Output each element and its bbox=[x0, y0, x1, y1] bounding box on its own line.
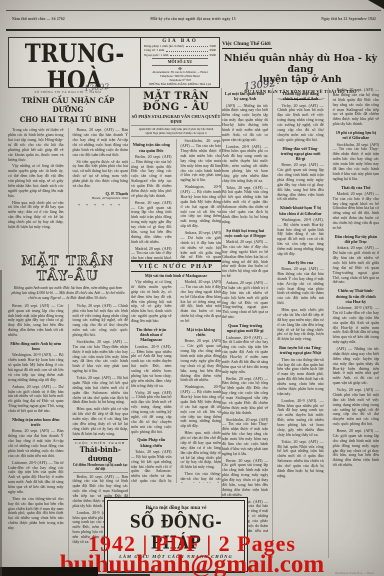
body-paragraph: Tokio, 20 sept. (AFI) — Bộ hải quân Nhật… bbox=[222, 186, 268, 225]
text-column: Berne, 20 sept. (AFI) — Các giới quan sá… bbox=[8, 304, 64, 566]
masthead-rule bbox=[6, 29, 381, 31]
body-paragraph: Theo tin của thông-tấn-xã cho hay thì cá… bbox=[277, 358, 323, 397]
body-paragraph: Berlin, 20 sept. (AFI) — Bản thông cáo c… bbox=[222, 377, 268, 416]
body-paragraph: Ankara, 20 sept. (AFI) — Dư luận các giớ… bbox=[8, 385, 64, 414]
text-column: Vậy những ai có lòng từ thiện muốn quyên… bbox=[131, 280, 172, 483]
section-kicker: CUỘC CHIẾN TRANH bbox=[73, 439, 129, 445]
article-columns: Trong các công việc từ thiện về phần các… bbox=[8, 128, 128, 254]
newspaper-title: TRUNG-HOÀ bbox=[9, 40, 141, 87]
text-column: Thành lập một đảng chính trị mới ở AnhVi… bbox=[272, 88, 323, 558]
article-lead-in: Quan Tổng-trưởng ngoại giao mới Bồ-gì bbox=[223, 323, 267, 334]
body-paragraph: Tokio, 20 sept. (AFI) — Bộ hải quân Nhật… bbox=[277, 440, 323, 479]
article-lead-in: Khinh-khoái-hạm Ý bị bắn chìm ở ải Gibra… bbox=[278, 205, 322, 216]
body-paragraph: Lisbonne, 20-9 (AFI). — Tin từ Luân-đôn … bbox=[222, 336, 268, 375]
article-lead-in: Bản tuyên bố của Tổng-trưởng ngoại giao … bbox=[278, 345, 322, 356]
body-paragraph: Stockholm, 20 sept. (AFI) — Tin của các … bbox=[73, 340, 129, 374]
folio-issue: Năm thứ mười chín — Số 2762 bbox=[12, 17, 65, 21]
france-news-article: VIỆC NƯỚC PHÁP Một vài tin tình hình ở M… bbox=[131, 260, 221, 483]
price-label: Ngoại quốc: 1 năm bbox=[144, 53, 168, 57]
article-signature-date: Hanoi, 20 Septembre 1942 bbox=[73, 196, 129, 200]
body-paragraph: Vichy, 20 sept. (AFI) — Chính phủ vừa ba… bbox=[277, 104, 323, 143]
body-paragraph: Stockholm, 20 sept. (AFI) — Tin của các … bbox=[222, 418, 268, 457]
article-lead-in: Chiến sự Thái-bình-dương là vấn đề chính… bbox=[334, 288, 378, 304]
masthead-box: TRUNG-HOÀ «GIỮ ĐỨC ÁI NHÂN, NOI THEO CHÂ… bbox=[8, 37, 220, 88]
price-row: Ngoại quốc: 1 năm 9$00 bbox=[144, 53, 216, 57]
body-paragraph: London, 20-9 (AFI). — Đêm hôm qua nhiều … bbox=[277, 399, 323, 438]
body-paragraph: Theo tin của thông-tấn-xã cho hay thì cá… bbox=[181, 472, 222, 483]
article-headline: MẶT TRẬN TÂY-ÂU bbox=[8, 254, 128, 284]
folio-date: Ngày thứ ba 22 Septembre 1942 bbox=[321, 17, 376, 21]
article-subhead: Một vài tin tình hình ở Madagascar bbox=[131, 273, 221, 278]
body-paragraph: Hôm qua, một chiếc phi cơ vận tải lớn ch… bbox=[277, 308, 323, 342]
article-deck: Quân Đức đã chiếm được mấy khu phố ở phí… bbox=[131, 125, 221, 137]
body-paragraph: Hôm qua, một chiếc phi cơ vận tải lớn ch… bbox=[73, 407, 129, 436]
article-lead-in: Thái độ của Thổ bbox=[334, 185, 378, 190]
article-lead-in: Mặt trận không chiến bbox=[182, 327, 221, 338]
lead-headline-line1: Nhiều quân nhảy dù Hoa - kỳ đang bbox=[222, 54, 379, 75]
scan-artifact-left-edge bbox=[0, 270, 2, 576]
article-lead-in: Dân chúng Ba-tây phản đối phe Trục bbox=[334, 234, 378, 245]
article-lead-in: Hồng-đào với Tổng-trưởng ngoại giao mới … bbox=[278, 146, 322, 162]
scan-artifact-corner bbox=[368, 0, 384, 9]
body-paragraph: London, 20-9 (AFI). — Đêm hôm qua nhiều … bbox=[222, 145, 268, 184]
article-lead-in: 19 phi cơ phóng lựu bị rơi ở Gibraltar bbox=[334, 130, 378, 141]
dot-leader bbox=[186, 44, 208, 47]
body-paragraph: Berne, 20 sept. (AFI) — Các giới quan sá… bbox=[333, 429, 379, 468]
dot-leader bbox=[170, 53, 207, 56]
text-column: Madrid, 20 sept. (AFI) — Tin của các báo… bbox=[176, 280, 222, 483]
price-value: 9$00 bbox=[210, 53, 216, 57]
text-column: Những trận tấn công của quân ĐứcBerlin, … bbox=[131, 139, 172, 259]
article-columns: Lại một lần quân Hoa-kỳ sang Anh(AFI) — … bbox=[222, 88, 379, 558]
deck-line: Quân Nga phản công kịch liệt ở khắp các … bbox=[131, 131, 221, 135]
article-headline: TRÌNH CẦU NHẬN CẤP DƯỠNG CHO HAI TRẠI TÙ… bbox=[8, 96, 128, 124]
body-paragraph: Washington, 20-9 (AFI). — Bộ chiến tranh… bbox=[8, 353, 64, 382]
body-paragraph: Roma, 20 sept. (AFI) — Bản thông cáo của… bbox=[73, 128, 129, 157]
body-paragraph: London, 20-9 (AFI). — Đêm hôm qua nhiều … bbox=[131, 345, 172, 389]
body-paragraph: Tokio, 20 sept. (AFI) — Bộ hải quân Nhật… bbox=[73, 376, 129, 405]
body-paragraph: Theo tin của thông-tấn-xã cho hay thì cá… bbox=[8, 497, 64, 531]
article-subhead: SỐ PHẬN STALINGRAD VẪN CHƯA QUYẾT ĐỊNH bbox=[131, 114, 221, 124]
body-paragraph: Hôm qua, một chiếc phi cơ vận tải lớn ch… bbox=[8, 201, 64, 230]
section-kicker: Việc Chung Thế Giới bbox=[222, 41, 272, 49]
body-paragraph: (AFI) — Những tin tức nhận được sáng nay… bbox=[222, 104, 268, 143]
masthead: TRUNG-HOÀ «GIỮ ĐỨC ÁI NHÂN, NOI THEO CHÂ… bbox=[9, 38, 141, 87]
eastern-front-article: MẶT TRẬN ĐÔNG - ÂU SỐ PHẬN STALINGRAD VẪ… bbox=[131, 91, 221, 259]
article-subhead: Cứ điểm Henderson tại bị oanh tạc dữ dội bbox=[73, 463, 129, 473]
top-rule bbox=[6, 10, 381, 11]
article-lead-in: Những trận tấn công của quân Đức bbox=[132, 142, 171, 153]
body-paragraph: Stockholm, 20 sept. (AFI) — Tin của các … bbox=[181, 139, 222, 183]
body-paragraph: Roma, 20 sept. (AFI) — Bản thông cáo của… bbox=[8, 429, 64, 458]
article-columns: Vậy những ai có lòng từ thiện muốn quyên… bbox=[131, 280, 221, 483]
article-headline-line2: CHO HAI TRẠI TÙ BINH bbox=[8, 115, 128, 124]
article-kicker: SỞ THÔNG TIN VÀ BÁO CHÍ — HÀNỘI bbox=[8, 90, 128, 94]
column-rule bbox=[221, 88, 222, 564]
body-paragraph: Berlin, 20 sept. (AFI) — Bản thông cáo c… bbox=[333, 88, 379, 127]
text-column: Lại một lần quân Hoa-kỳ sang Anh(AFI) — … bbox=[222, 88, 268, 558]
per-issue-price: MỖI SỐ 4 XU bbox=[152, 58, 208, 66]
star-separator: * * * * * * bbox=[73, 203, 129, 208]
body-paragraph: Roma, 20 sept. (AFI) — Bản thông cáo của… bbox=[277, 267, 323, 306]
body-paragraph: Madrid, 20 sept. (AFI) — Tin của các báo… bbox=[131, 247, 172, 260]
text-column: Berlin, 20 sept. (AFI) — Bản thông cáo c… bbox=[328, 88, 379, 558]
body-paragraph: (AFI) — Những tin tức nhận được sáng nay… bbox=[333, 347, 379, 386]
body-paragraph: Ankara, 20 sept. (AFI) — Dư luận các giớ… bbox=[181, 231, 222, 259]
article-columns: Những trận tấn công của quân ĐứcBerlin, … bbox=[131, 139, 221, 259]
body-paragraph: Vichy, 20 sept. (AFI) — Chính phủ vừa ba… bbox=[333, 388, 379, 427]
column-rule bbox=[129, 88, 130, 564]
article-headline: Thái-bình-dương bbox=[73, 445, 129, 463]
folio-notice: Mỗi-kỳ yêu cầu mọi người đặt mua trước n… bbox=[150, 17, 235, 21]
body-paragraph: Berlin, 20 sept. (AFI) — Bản thông cáo c… bbox=[131, 155, 172, 199]
body-paragraph: Lisbonne, 20-9 (AFI). — Tin từ Luân-đôn … bbox=[8, 461, 64, 495]
article-headline-line1: TRÌNH CẦU NHẬN CẤP DƯỠNG bbox=[8, 96, 128, 115]
body-paragraph: Số tiền quyên được sẽ do một ủy ban đặc … bbox=[73, 160, 129, 189]
body-paragraph: Vichy, 20 sept. (AFI) — Chính phủ vừa ba… bbox=[131, 391, 172, 435]
newspaper-page: Năm thứ mười chín — Số 2762 Mỗi-kỳ yêu c… bbox=[0, 0, 384, 576]
text-column: Trong các công việc từ thiện về phần các… bbox=[8, 128, 64, 254]
article-headline: MẶT TRẬN ĐÔNG - ÂU bbox=[131, 91, 221, 113]
folio-line: Năm thứ mười chín — Số 2762 Mỗi-kỳ yêu c… bbox=[12, 17, 376, 21]
body-paragraph: Vậy những ai có lòng từ thiện muốn quyên… bbox=[8, 164, 64, 198]
article-lead-in: Miền đông nước Anh bị ném bom bbox=[9, 341, 63, 352]
body-paragraph: Berne, 20 sept. (AFI) — Các giới quan sá… bbox=[181, 339, 222, 383]
price-box: GIÁ BÁO Đông-pháp: 1 năm (kể cả thuế) 5$… bbox=[141, 38, 219, 87]
body-paragraph: Stockholm, 20 sept. (AFI) — Tin của các … bbox=[333, 143, 379, 182]
body-paragraph: Lisbonne, 20-9 (AFI). — Tin từ Luân-đôn … bbox=[333, 306, 379, 345]
body-paragraph: Washington, 20-9 (AFI). — Bộ chiến tranh… bbox=[277, 218, 323, 257]
body-paragraph: Ankara, 20 sept. (AFI) — Dư luận các giớ… bbox=[333, 246, 379, 285]
body-paragraph: Madrid, 20 sept. (AFI) — Tin của các báo… bbox=[181, 280, 222, 324]
body-paragraph: Vậy những ai có lòng từ thiện muốn quyên… bbox=[131, 280, 172, 324]
body-paragraph: Berne, 20 sept. (AFI) — Các giới quan sá… bbox=[222, 459, 268, 498]
dot-leader bbox=[166, 48, 207, 51]
pow-camp-article: SỞ THÔNG TIN VÀ BÁO CHÍ — HÀNỘI TRÌNH CẦ… bbox=[8, 90, 128, 254]
article-lead-in: Quân Pháp vẫn kháng chiến bbox=[132, 437, 171, 448]
article-lead-in: Tin thêm về trận đánh nhau ở Madagascar bbox=[132, 327, 171, 343]
body-paragraph: Trong các công việc từ thiện về phần các… bbox=[8, 128, 64, 162]
article-lead-in: Bao-lý lên vua bbox=[278, 260, 322, 265]
body-paragraph: Berne, 20 sept. (AFI) — Các giới quan sá… bbox=[131, 201, 172, 245]
article-lead-in: Thành lập một đảng chính trị mới ở Anh bbox=[278, 91, 322, 102]
article-lead-in: Những trận ném bom đêm trước bbox=[9, 417, 63, 428]
body-paragraph: Tokio, 20 sept. (AFI) — Bộ hải quân Nhật… bbox=[131, 450, 172, 483]
text-column: Roma, 20 sept. (AFI) — Bản thông cáo của… bbox=[68, 128, 129, 254]
body-paragraph: Berne, 20 sept. (AFI) — Các giới quan sá… bbox=[277, 163, 323, 202]
body-paragraph: Vichy, 20 sept. (AFI) — Chính phủ vừa ba… bbox=[73, 304, 129, 338]
body-paragraph: Madrid, 20 sept. (AFI) — Tin của các báo… bbox=[333, 192, 379, 231]
body-paragraph: Washington, 20-9 (AFI). — Bộ chiến tranh… bbox=[181, 185, 222, 229]
body-paragraph: Madrid, 20 sept. (AFI) — Tin của các báo… bbox=[222, 240, 268, 279]
section-header: VIỆC NƯỚC PHÁP bbox=[131, 260, 221, 272]
body-paragraph: Hôm qua, một chiếc phi cơ vận tải lớn ch… bbox=[181, 431, 222, 470]
article-subhead: Không quân Anh oanh tạc nước Đức lúc ban… bbox=[8, 286, 128, 301]
body-paragraph: Washington, 20-9 (AFI). — Bộ chiến tranh… bbox=[181, 385, 222, 429]
pacific-war-header: CUỘC CHIẾN TRANHThái-bình-dươngCứ điểm H… bbox=[73, 439, 129, 473]
world-news-columns: Lại một lần quân Hoa-kỳ sang Anh(AFI) — … bbox=[222, 88, 379, 558]
body-paragraph: Ankara, 20 sept. (AFI) — Dư luận các giớ… bbox=[222, 281, 268, 320]
body-paragraph: Berne, 20 sept. (AFI) — Các giới quan sá… bbox=[8, 304, 64, 338]
article-lead-in: Sự thiệt hại trong hai cuộc oanh tạc ở D… bbox=[223, 228, 267, 239]
text-column: Stockholm, 20 sept. (AFI) — Tin của các … bbox=[176, 139, 222, 259]
